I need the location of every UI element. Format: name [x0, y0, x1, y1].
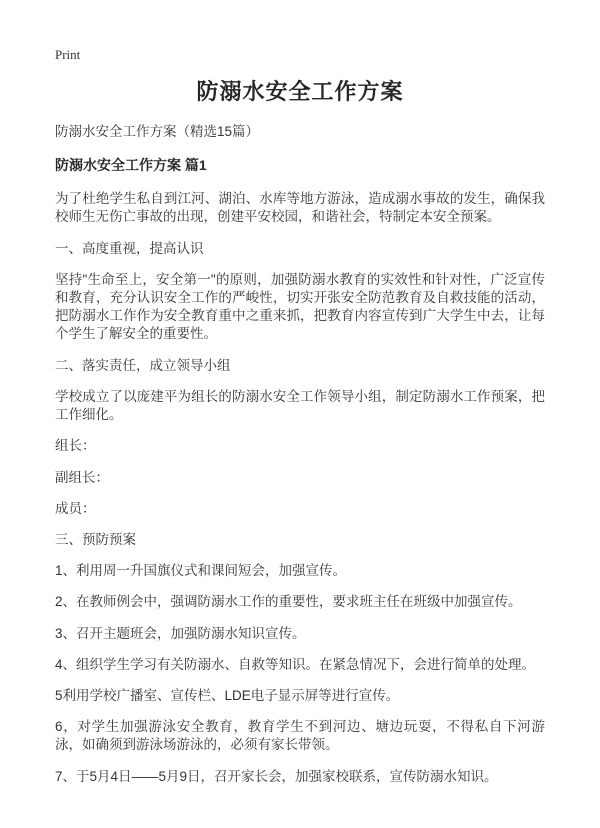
heading-section-1: 一、高度重视，提高认识	[55, 240, 545, 258]
paragraph-section-2: 学校成立了以庞建平为组长的防溺水安全工作领导小组，制定防溺水工作预案，把工作细化…	[55, 388, 545, 424]
list-item-4: 4、组织学生学习有关防溺水、自救等知识。在紧急情况下，会进行简单的处理。	[55, 656, 545, 674]
document-body: 为了杜绝学生私自到江河、湖泊、水库等地方游泳，造成溺水事故的发生，确保我校师生无…	[55, 190, 545, 786]
document-subtitle: 防溺水安全工作方案（精选15篇）	[55, 123, 545, 141]
list-item-5: 5利用学校广播室、宣传栏、LDE电子显示屏等进行宣传。	[55, 687, 545, 705]
label-group-leader: 组长：	[55, 437, 545, 455]
list-item-1: 1、利用周一升国旗仪式和课间短会，加强宣传。	[55, 562, 545, 580]
label-members: 成员：	[55, 500, 545, 518]
list-item-3: 3、召开主题班会，加强防溺水知识宣传。	[55, 625, 545, 643]
document-page: Print 防溺水安全工作方案 防溺水安全工作方案（精选15篇） 防溺水安全工作…	[0, 0, 600, 828]
section-heading-part1: 防溺水安全工作方案 篇1	[55, 156, 545, 175]
list-item-6: 6，对学生加强游泳安全教育，教育学生不到河边、塘边玩耍，不得私自下河游泳，如确须…	[55, 718, 545, 754]
print-link[interactable]: Print	[55, 47, 80, 63]
paragraph-section-1: 坚持"生命至上，安全第一"的原则，加强防溺水教育的实效性和针对性，广泛宣传和教育…	[55, 271, 545, 344]
document-title: 防溺水安全工作方案	[55, 77, 545, 107]
list-item-2: 2、在教师例会中，强调防溺水工作的重要性，要求班主任在班级中加强宣传。	[55, 593, 545, 611]
label-vice-leader: 副组长：	[55, 469, 545, 487]
paragraph-intro: 为了杜绝学生私自到江河、湖泊、水库等地方游泳，造成溺水事故的发生，确保我校师生无…	[55, 190, 545, 226]
heading-section-2: 二、落实责任，成立领导小组	[55, 357, 545, 375]
list-item-7: 7、于5月4日——5月9日，召开家长会，加强家校联系，宣传防溺水知识。	[55, 768, 545, 786]
heading-section-3: 三、预防预案	[55, 531, 545, 549]
